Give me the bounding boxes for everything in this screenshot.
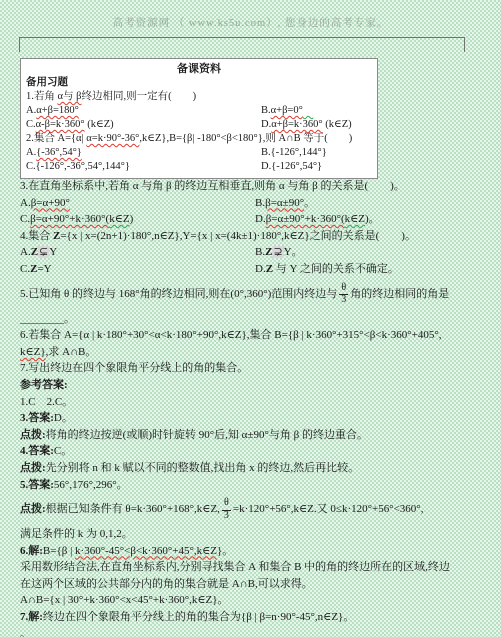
options-row: C.Z=YD.Z 与 Y 之间的关系不确定。: [20, 261, 486, 278]
text-line: 3.在直角坐标系中,若角 α 与角 β 的终边互相垂直,则角 α 与角 β 的关…: [20, 178, 486, 195]
text-segment: 将角的终边按逆(或顺)时针旋转 90°后,知 α±90°与角 β 的终边重合。: [46, 429, 368, 441]
text-segment: C.: [20, 263, 30, 275]
text-segment: D.: [255, 263, 266, 275]
text-line: 4.集合 Z={x | x=(2n+1)·180°,n∈Z},Y={x | x=…: [20, 228, 486, 245]
text-segment: 4.答案:: [20, 445, 54, 457]
options-row: A.Z⊊YB.Z⊋Y。: [20, 244, 486, 261]
text-segment: C.{-126°,-36°,54°,144°}: [26, 161, 130, 172]
text-segment: k∈Z: [345, 213, 365, 225]
option-right: B.β=α±90°。: [255, 195, 486, 212]
text-segment: ,求 A∩B。: [46, 346, 97, 358]
text-segment: α+β=0°: [271, 105, 303, 116]
body-lines: 3.在直角坐标系中,若角 α 与角 β 的终边互相垂直,则角 α 与角 β 的关…: [20, 178, 486, 637]
option-right: D.β=α±90°+k·360°(k∈Z)。: [255, 211, 486, 228]
fraction: θ3: [222, 498, 231, 521]
text-segment: D。: [54, 412, 73, 424]
option-left: C.α-β=k·360° (k∈Z): [26, 118, 261, 132]
box-lines: 备用习题1.若角 α与 β终边相同,则一定有( )A.α+β=180°B.α+β…: [26, 76, 372, 174]
text-segment: ________。: [20, 313, 75, 325]
text-segment: ⊋: [272, 246, 283, 258]
text-segment: 点拨:: [20, 462, 46, 474]
text-segment: B.: [261, 105, 271, 116]
text-segment: β=α+90°: [31, 197, 70, 209]
text-segment: β=α±90°+k·360°(: [266, 213, 345, 225]
text-segment: 根据已知条件有 θ=k·360°+168°,k∈Z,: [46, 503, 220, 515]
page-header: 高考资源网 （ www.ks5u.com）, 您身边的高考专家。: [0, 15, 501, 30]
text-segment: k∈Z}: [20, 346, 46, 358]
text-segment: B={β |: [43, 545, 75, 557]
text-segment: )。: [365, 213, 380, 225]
text-line: 在这两个区域的公共部分内的角的集合就是 A∩B,可以求得。: [20, 576, 486, 593]
text-segment: (k∈Z): [85, 119, 114, 130]
text-segment: 1.C 2.C。: [20, 396, 73, 408]
text-segment: 角的终边相同的角是: [350, 288, 449, 300]
text-segment: 6.解:: [20, 545, 43, 557]
text-line: 1.C 2.C。: [20, 394, 486, 411]
text-segment: A.: [20, 197, 31, 209]
option-right: B.Z⊋Y。: [255, 244, 486, 261]
options-row: A.β=α+90°B.β=α±90°。: [20, 195, 486, 212]
text-line: 4.答案:C。: [20, 443, 486, 460]
text-segment: 备用习题: [26, 77, 68, 88]
text-segment: k∈Z: [109, 213, 129, 225]
text-segment: α+β=180°: [36, 105, 79, 116]
text-line: 7.解:终边在四个象限角平分线上的角的集合为{β | β=n·90°-45°,n…: [20, 609, 486, 626]
fraction: θ3: [339, 283, 348, 306]
text-line: k∈Z},求 A∩B。: [20, 344, 486, 361]
text-segment: }。: [217, 545, 233, 557]
text-segment: 点拨:: [20, 429, 46, 441]
text-segment: 6.若集合 A={α | k·180°+30°<α<k·180°+90°,k∈Z…: [20, 329, 442, 341]
options-row: C.α-β=k·360° (k∈Z)D.α+β=k·360° (k∈Z): [26, 118, 372, 132]
text-line: 5.答案:56°,176°,296°。: [20, 477, 486, 494]
text-segment: 7.解:: [20, 611, 43, 623]
text-segment: 点拨:: [20, 503, 46, 515]
option-left: A.{-36°,54°}: [26, 146, 261, 160]
option-left: A.β=α+90°: [20, 195, 255, 212]
text-segment: 终边相同,则一定有( ): [81, 91, 196, 102]
option-left: C.Z=Y: [20, 261, 255, 278]
text-line: 备用习题: [26, 76, 372, 90]
text-segment: 4.集合: [20, 230, 53, 242]
text-line: 采用数形结合法,在直角坐标系内,分别寻找集合 A 和集合 B 中的角的终边所在的…: [20, 559, 486, 576]
option-right: B.{-126°,144°}: [261, 146, 372, 160]
text-segment: 参考答案:: [20, 379, 68, 391]
text-line: 点拨:将角的终边按逆(或顺)时针旋转 90°后,知 α±90°与角 β 的终边重…: [20, 427, 486, 444]
header-rule-right-tick: [464, 38, 465, 52]
text-segment: B.{-126°,144°}: [261, 147, 327, 158]
text-segment: C.: [26, 119, 36, 130]
text-segment: 7.写出终边在四个象限角平分线上的角的集合。: [20, 362, 248, 374]
text-line: 5.已知角 θ 的终边与 168°角的终边相同,则在(0°,360°)范围内终边…: [20, 278, 486, 311]
header-rule-left-tick: [19, 38, 20, 52]
text-line: 。: [20, 626, 486, 637]
text-segment: =k·120°+56°,k∈Z.又 0≤k·120°+56°<360°,: [233, 503, 424, 515]
document-page: 高考资源网 （ www.ks5u.com）, 您身边的高考专家。 备课资料 备用…: [0, 0, 501, 637]
text-segment: 终边在四个象限角平分线上的角的集合为{β | β=n·90°-45°,n∈Z}。: [43, 611, 354, 623]
text-line: 6.若集合 A={α | k·180°+30°<α<k·180°+90°,k∈Z…: [20, 327, 486, 344]
text-segment: A.: [26, 105, 36, 116]
text-segment: 。: [20, 628, 31, 637]
option-right: D.Z 与 Y 之间的关系不确定。: [255, 261, 486, 278]
text-segment: 先分别将 n 和 k 赋以不同的整数值,找出角 x 的终边,然后再比较。: [46, 462, 360, 474]
options-row: C.{-126°,-36°,54°,144°}D.{-126°,54°}: [26, 160, 372, 174]
exercise-box: 备课资料 备用习题1.若角 α与 β终边相同,则一定有( )A.α+β=180°…: [20, 58, 378, 179]
text-segment: Y: [49, 246, 57, 258]
text-line: 2.集合 A={α| α=k·90°-36°,k∈Z},B={β| -180°<…: [26, 132, 372, 146]
box-title: 备课资料: [26, 62, 372, 76]
text-segment: 满足条件的 k 为 0,1,2。: [20, 528, 133, 540]
text-line: 3.答案:D。: [20, 410, 486, 427]
option-left: C.{-126°,-36°,54°,144°}: [26, 160, 261, 174]
text-segment: 。: [304, 197, 315, 209]
text-segment: 5.答案:: [20, 479, 54, 491]
text-line: 6.解:B={β | k·360°-45°<β<k·360°+45°,k∈Z}。: [20, 543, 486, 560]
option-left: A.α+β=180°: [26, 104, 261, 118]
text-segment: 1.若角: [26, 91, 58, 102]
text-segment: =Y: [37, 263, 51, 275]
option-right: D.{-126°,54°}: [261, 160, 372, 174]
text-segment: α-β=k·360°: [36, 119, 85, 130]
text-segment: B.: [255, 197, 265, 209]
text-segment: D.: [255, 213, 266, 225]
options-row: A.α+β=180°B.α+β=0°: [26, 104, 372, 118]
text-segment: A∩B={x | 30°+k·360°<x<45°+k·360°,k∈Z}。: [20, 594, 229, 606]
text-line: 点拨:根据已知条件有 θ=k·360°+168°,k∈Z,θ3=k·120°+5…: [20, 493, 486, 526]
text-segment: Z: [31, 246, 38, 258]
text-segment: 56°,176°,296°。: [54, 479, 128, 491]
text-line: ________。: [20, 311, 486, 328]
text-segment: {-36°,54°}: [36, 147, 82, 158]
text-segment: [303, 105, 314, 116]
text-line: 1.若角 α与 β终边相同,则一定有( ): [26, 90, 372, 104]
text-segment: k·360°-45°<β<k·360°+45°,k∈Z: [75, 545, 217, 557]
text-segment: ={x | x=(2n+1)·180°,n∈Z},Y={x | x=(4k±1)…: [60, 230, 416, 242]
text-segment: ): [130, 213, 134, 225]
text-segment: α与 β: [58, 91, 82, 102]
text-segment: β=α±90°: [265, 197, 304, 209]
text-line: 参考答案:: [20, 377, 486, 394]
text-segment: α+β=k·360°: [271, 119, 322, 130]
text-line: 满足条件的 k 为 0,1,2。: [20, 526, 486, 543]
option-left: A.Z⊊Y: [20, 244, 255, 261]
text-segment: 3.在直角坐标系中,若角 α 与角 β 的终边互相垂直,则角 α 与角 β 的关…: [20, 180, 405, 192]
text-segment: B.: [255, 246, 265, 258]
option-right: D.α+β=k·360° (k∈Z): [261, 118, 372, 132]
text-segment: D.: [261, 119, 271, 130]
text-segment: ⊊: [38, 246, 49, 258]
text-line: 点拨:先分别将 n 和 k 赋以不同的整数值,找出角 x 的终边,然后再比较。: [20, 460, 486, 477]
text-line: A∩B={x | 30°+k·360°<x<45°+k·360°,k∈Z}。: [20, 592, 486, 609]
text-segment: 2.集合 A={α|: [26, 133, 86, 144]
option-left: C.β=α+90°+k·360°(k∈Z): [20, 211, 255, 228]
text-segment: 5.已知角 θ 的终边与 168°角的终边相同,则在(0°,360°)范围内终边…: [20, 288, 337, 300]
text-segment: D.{-126°,54°}: [261, 161, 322, 172]
text-segment: 在这两个区域的公共部分内的角的集合就是 A∩B,可以求得。: [20, 578, 313, 590]
text-segment: A.: [20, 246, 31, 258]
text-segment: C.: [20, 213, 30, 225]
text-line: 7.写出终边在四个象限角平分线上的角的集合。: [20, 360, 486, 377]
header-rule: [19, 37, 465, 52]
text-segment: 3.答案:: [20, 412, 54, 424]
text-segment: (k∈Z): [323, 119, 352, 130]
text-segment: 采用数形结合法,在直角坐标系内,分别寻找集合 A 和集合 B 中的角的终边所在的…: [20, 561, 450, 573]
text-segment: ,k∈Z},B={β| -180°<β<180°},则 A∩B 等于( ): [139, 133, 352, 144]
text-segment: C。: [54, 445, 72, 457]
header-watermark-text: 高考资源网 （ www.ks5u.com）, 您身边的高考专家。: [113, 18, 389, 29]
text-segment: Z: [266, 263, 273, 275]
option-right: B.α+β=0°: [261, 104, 372, 118]
text-segment: A.: [26, 147, 36, 158]
text-segment: β=α+90°+k·360°(: [30, 213, 109, 225]
text-segment: 与 Y 之间的关系不确定。: [273, 263, 399, 275]
options-row: A.{-36°,54°}B.{-126°,144°}: [26, 146, 372, 160]
text-segment: Y。: [284, 246, 303, 258]
options-row: C.β=α+90°+k·360°(k∈Z)D.β=α±90°+k·360°(k∈…: [20, 211, 486, 228]
text-segment: α=k·90°-36°: [86, 133, 139, 144]
